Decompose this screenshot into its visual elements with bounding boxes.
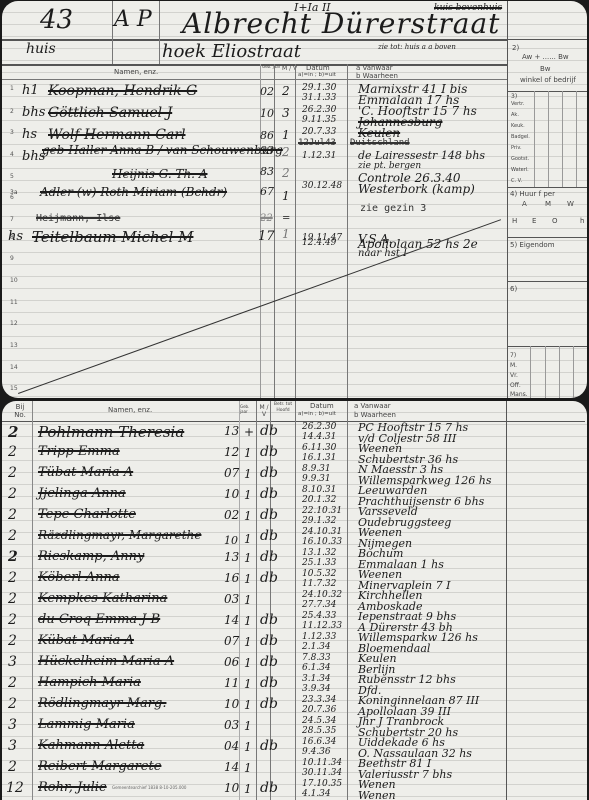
birth-year: 10 (224, 697, 239, 711)
date-out: 9.11.35 (302, 115, 336, 125)
date-in: 25.4.33 (302, 611, 336, 621)
bij-number: 3 (8, 717, 17, 733)
member-name: Hückelheim Maria A (38, 654, 174, 669)
household-row: 12Rohr, Julie101db17.10.354.1.34WenenWen… (2, 780, 512, 798)
member-name: Kübat Maria A (38, 633, 134, 648)
date-in: 10.11.34 (302, 758, 342, 768)
member-name: Jjelinga Anna (38, 486, 126, 501)
birth-year: 14 (224, 760, 239, 774)
side-section-2-text: Aw + ...... Bw (522, 53, 569, 61)
date-in: 1.12.31 (302, 151, 336, 161)
sex-code: 1 (244, 782, 252, 796)
side-divider (507, 237, 587, 238)
resident-row: bhs geb Haller Anna B / van Schouwenburg… (2, 149, 512, 167)
household-row: 2du Croq Emma J B141db25.4.3311.12.33Iep… (2, 612, 512, 630)
date-in: 12.4.49 (302, 238, 336, 248)
sex-code: 1 (244, 467, 252, 481)
birth-year: 07 (224, 466, 239, 480)
household-row: 2Tübat Maria A071db8.9.319.9.31N Maesstr… (2, 465, 512, 483)
bij-number: 2 (8, 528, 17, 544)
member-name: Rödlingmayr Marg. (38, 696, 166, 711)
member-name: Tripp Emma (38, 444, 120, 459)
sex-code: 1 (244, 593, 252, 607)
col-to-header: b Waarheen (356, 72, 398, 80)
side-divider (507, 346, 587, 347)
date-out: 4.1.34 (302, 789, 331, 799)
date-out: 29.1.32 (302, 516, 336, 526)
col-from-header: a Vanwaar (356, 64, 393, 72)
member-name: du Croq Emma J B (38, 612, 160, 627)
section-7-item: M. (510, 362, 517, 369)
birth-year: 03 (224, 718, 239, 732)
member-name: Kahmann Aletta (38, 738, 144, 753)
bij-number: 2 (8, 633, 17, 649)
birth-year: 17 (258, 229, 275, 244)
resident-row: 3a Adler (w) Roth Miriam (Bchdr) 67 1 zi… (2, 185, 512, 203)
resident-name: Heijmann, Ilse (36, 213, 120, 224)
date-in: 26.2.30 (302, 105, 336, 115)
side-section-2-num: 2) (512, 44, 519, 52)
sex-code: 1 (244, 719, 252, 733)
date-out: 11.12.33 (302, 621, 342, 631)
place-to: Duitschland (350, 138, 410, 148)
household-row: 2Räzdlingmayr, Margarethe101db24.10.3116… (2, 528, 512, 546)
bij-number: 2 (8, 675, 17, 691)
household-row: 2Rieskamp, Anny131db13.1.3225.1.33Bochum… (2, 549, 512, 567)
household-row: 2Pohlmann Theresia13+db26.2.3014.4.31PC … (2, 423, 512, 441)
side-note-1: kuis bovenhuis (434, 3, 502, 13)
sex-code: 1 (244, 761, 252, 775)
bij-number: 2 (8, 612, 17, 628)
sex-code: 1 (244, 532, 252, 546)
household-row: 2Rödlingmayr Marg.101db23.3.3420.7.36Kon… (2, 696, 512, 714)
bij-number: 3 (8, 654, 17, 670)
bij-number: 2 (8, 759, 17, 775)
sex-code: 1 (282, 189, 290, 203)
sex-code: 1 (282, 227, 290, 241)
birth-year: 13 (224, 550, 239, 564)
col-name-header: Namen, enz. (114, 68, 158, 76)
side-grid-line (559, 346, 560, 398)
resident-name: Göttlich Samuel J (48, 105, 172, 121)
side-grid-line (534, 91, 535, 187)
date-out: 16.1.31 (302, 453, 336, 463)
sex-code: + (244, 425, 254, 439)
relation-code: db (260, 633, 278, 649)
member-name: Tübat Maria A (38, 465, 133, 480)
row-prefix: h1 (22, 83, 39, 98)
resident-name: Adler (w) Roth Miriam (Bchdr) (40, 185, 227, 199)
member-name: Reibert Margarete (38, 759, 161, 774)
line-number: 10 (10, 277, 18, 284)
sex-code: 1 (244, 656, 252, 670)
birth-year: 06 (224, 655, 239, 669)
place-to: Wenen (358, 789, 396, 800)
member-name: Kempkes Katharina (38, 591, 167, 606)
date-in: 26.2.30 (302, 422, 336, 432)
birth-year: 03 (224, 592, 239, 606)
date-out: 25.1.33 (302, 558, 336, 568)
relation-code: db (260, 570, 278, 586)
line-number: 14 (10, 364, 18, 371)
side-grid-line (576, 91, 577, 187)
section-7-item: Vr. (510, 372, 518, 379)
date-out: 9.4.36 (302, 747, 331, 757)
birth-year: 10 (224, 487, 239, 501)
birth-year: 07 (224, 634, 239, 648)
row-prefix: bhs (22, 105, 45, 120)
member-name: Köberl Anna (38, 570, 120, 585)
column-header-rule (2, 79, 507, 80)
birth-year: 13 (224, 424, 239, 438)
relation-code: db (260, 528, 278, 544)
relation-code: db (260, 696, 278, 712)
sex-code: 3 (282, 106, 290, 120)
date-in: 29.1.30 (302, 83, 336, 93)
resident-row: h1 Koopman, Hendrik G 02 2 29.1.30 31.1.… (2, 83, 512, 101)
date-out: 14.4.31 (302, 432, 336, 442)
side-grid-line (548, 91, 549, 187)
date-in: 24.10.31 (302, 527, 342, 537)
date-out: 3.9.34 (302, 684, 331, 694)
household-row: 2Kempkes Katharina03124.10.3227.7.34Kirc… (2, 591, 512, 609)
bij-number: 2 (8, 507, 17, 523)
col-sex-header: M / V (258, 404, 270, 418)
relation-code: db (260, 675, 278, 691)
birth-year: 10 (224, 534, 238, 547)
date-in: 13.1.32 (302, 548, 336, 558)
birth-year: 86 (260, 129, 274, 142)
date-out: 31.1.33 (302, 93, 336, 103)
member-name: Rohr, Julie (38, 780, 107, 795)
sex-code: 1 (244, 488, 252, 502)
resident-name: Wolf Hermann Carl (48, 127, 186, 143)
rent-label: 4) Huur f per (510, 190, 555, 198)
date-out: 11.7.32 (302, 579, 336, 589)
col-date-sub: a)=in ; b)=uit (298, 411, 336, 417)
date-out: 9.9.31 (302, 474, 331, 484)
date-in: 6.11.30 (302, 443, 336, 453)
member-name: Tepe Charlotte (38, 507, 136, 522)
resident-name: Teitelbaum Michel M (32, 228, 193, 246)
household-row: 2Reibert Margarete14110.11.3430.11.34Bee… (2, 759, 512, 777)
col-to-header: b Waarheen (354, 411, 396, 419)
bij-number: 2 (8, 423, 18, 441)
side-grid-line (530, 346, 531, 398)
bij-number: 2 (8, 465, 17, 481)
side-divider (507, 187, 587, 188)
relation-code: db (260, 780, 278, 796)
date-out: 2.1.34 (302, 642, 331, 652)
date-in: 1.12.33 (302, 632, 336, 642)
date-in: 17.10.35 (302, 779, 342, 789)
household-row: 2Hampich Maria111db3.1.343.9.34Rubensstr… (2, 675, 512, 693)
birth-year: 11 (224, 676, 239, 690)
header-separator-1 (112, 1, 113, 64)
section-7-item: Off. (510, 382, 521, 389)
sex-code: 1 (244, 509, 252, 523)
date-in: 8.9.31 (302, 464, 331, 474)
rent-code: h (580, 217, 584, 225)
resident-name: Koopman, Hendrik G (48, 83, 197, 99)
side-divider (507, 39, 587, 40)
rent-code: W (567, 200, 574, 208)
amenity-label: Vertr. (511, 101, 524, 107)
col-from-header: a Vanwaar (354, 402, 391, 410)
rent-code: A (522, 200, 527, 208)
row-prefix: hs (22, 127, 37, 142)
relation-code: db (260, 612, 278, 628)
relation-code: db (260, 738, 278, 754)
side-grid-line (562, 91, 563, 187)
date-out: 16.10.33 (302, 537, 342, 547)
relation-code: db (260, 507, 278, 523)
rent-code: O (552, 217, 558, 225)
line-number: 15 (10, 385, 18, 392)
relation-code: db (260, 444, 278, 460)
date-out: 20.7.36 (302, 705, 336, 715)
side-grid-line (573, 346, 574, 398)
birth-year: 04 (224, 739, 239, 753)
member-name: Räzdlingmayr, Margarethe (38, 528, 201, 542)
sex-code: 2 (282, 84, 290, 98)
household-row: 3Kahmann Aletta041db16.6.349.4.36Uiddeka… (2, 738, 512, 756)
birth-year: 02 (260, 85, 274, 98)
amenity-label: Gootst. (511, 156, 529, 162)
birth-year: 16 (224, 571, 239, 585)
line-number: 12 (10, 320, 18, 327)
relation-code: db (260, 486, 278, 502)
birth-year: 83 (260, 165, 274, 178)
ownership-label: 5) Eigendom (510, 241, 555, 249)
col-birth-header: Geb. jaar (262, 64, 270, 69)
bij-number: 3 (8, 738, 17, 754)
date-in: 20.7.33 (302, 127, 336, 137)
sex-code: 2 (282, 166, 290, 180)
date-in: 16.6.34 (302, 737, 336, 747)
house-number: 43 (40, 5, 73, 35)
side-section-2-text: Bw (540, 65, 551, 73)
header-bottom-rule (2, 64, 507, 66)
header-separator-2 (159, 1, 160, 64)
rent-code: E (532, 217, 536, 225)
rent-code: M (545, 200, 551, 208)
household-row: 3Lammig Maria03124.5.3428.5.35Jhr J Tran… (2, 717, 512, 735)
line-number: 13 (10, 342, 18, 349)
col-date-sub: a)=in ; b)=uit (298, 72, 336, 78)
amenity-label: C. V. (511, 178, 522, 184)
sex-code: 1 (244, 698, 252, 712)
resident-row: bhs Göttlich Samuel J 10 3 26.2.30 9.11.… (2, 105, 512, 123)
sex-code: 1 (244, 572, 252, 586)
relation-code: db (260, 465, 278, 481)
sex-code: 1 (244, 551, 252, 565)
birth-year: 10 (260, 107, 274, 120)
member-name: Rieskamp, Anny (38, 549, 144, 564)
bottom-index-card: Bij No. Namen, enz. Geb. jaar M / V Betr… (2, 401, 587, 800)
date-in: 23.3.34 (302, 695, 336, 705)
sex-code: = (282, 213, 290, 224)
date-out: 28.5.35 (302, 726, 336, 736)
resident-row: hs Teitelbaum Michel M 17 1 12.4.49 Apol… (2, 229, 512, 247)
sex-code: 2 (282, 145, 290, 159)
side-note-2: zie tot: huis a a boven (378, 43, 456, 51)
date-in: 8.10.31 (302, 485, 336, 495)
bij-number: 2 (8, 696, 17, 712)
household-row: 2Tripp Emma121db6.11.3016.1.31WeenenSchu… (2, 444, 512, 462)
rent-code: H (512, 217, 517, 225)
sex-code: 1 (282, 128, 290, 142)
household-row: 2Köberl Anna161db10.5.3211.7.32WeenenMin… (2, 570, 512, 588)
sex-code: 1 (244, 740, 252, 754)
bij-number: 2 (8, 591, 17, 607)
birth-year: 22 (260, 213, 273, 224)
sex-code: 1 (244, 446, 252, 460)
household-row: 2Kübat Maria A071db1.12.332.1.34Willemsp… (2, 633, 512, 651)
side-section-3-num: 3) (511, 93, 517, 100)
section-6-label: 6) (510, 285, 517, 293)
section-7-item: Mans. (510, 391, 528, 398)
birth-year: 14 (224, 613, 239, 627)
amenity-label: Ak. (511, 112, 519, 118)
date-out: 6.1.34 (302, 663, 331, 673)
col-date-header: Datum (310, 402, 334, 410)
section-7-num: 7) (510, 352, 516, 359)
amenity-label: Badgel. (511, 134, 530, 140)
date-in: 22.10.31 (302, 506, 342, 516)
line-number: 11 (10, 299, 18, 306)
street-corner: hoek Eliostraat (162, 41, 301, 62)
col-relation-header: Betr. tot Hoofd (271, 402, 295, 413)
side-section-2-text: winkel of bedrijf (520, 76, 576, 84)
member-name: Hampich Maria (38, 675, 141, 690)
member-name: Lammig Maria (38, 717, 135, 732)
relation-code: db (260, 654, 278, 670)
member-name: Pohlmann Theresia (38, 423, 184, 441)
birth-year: 67 (260, 185, 274, 198)
top-index-card: 43 huis A P I+Ia II Albrecht Dürerstraat… (2, 1, 587, 398)
sex-code: 1 (244, 614, 252, 628)
resident-name: Heijnis G. Th. A (112, 167, 207, 181)
row-prefix: hs (8, 229, 23, 244)
household-row: 2Tepe Charlotte021db22.10.3129.1.32Varss… (2, 507, 512, 525)
row-number: 3a (10, 189, 18, 196)
sex-code: 1 (244, 677, 252, 691)
resident-row: Heijnis G. Th. A 83 2 30.12.48 Controle … (2, 167, 512, 185)
line-number: 9 (10, 255, 14, 262)
relation-code: db (260, 549, 278, 565)
side-divider (507, 281, 587, 282)
date-in: 3.1.34 (302, 674, 331, 684)
household-row: 2Jjelinga Anna101db8.10.3120.1.32Leeuwar… (2, 486, 512, 504)
date-out: 20.1.32 (302, 495, 336, 505)
amenity-label: Waterl. (511, 167, 529, 173)
amenity-label: Keuk. (511, 123, 525, 129)
side-grid-line (545, 346, 546, 398)
date-out: 12Jul43 (298, 138, 336, 148)
date-in: 7.8.33 (302, 653, 331, 663)
relation-code: db (260, 423, 278, 439)
amenity-label: Priv. (511, 145, 522, 151)
bij-number: 2 (8, 549, 18, 565)
household-row: 3Hückelheim Maria A061db7.8.336.1.34Keul… (2, 654, 512, 672)
bij-number: 2 (8, 486, 17, 502)
printer-mark: Gemeentearchief 1838 8-10-205.000 (112, 785, 186, 790)
birth-year: 10 (224, 781, 239, 795)
side-divider (507, 91, 587, 92)
date-in: 10.5.32 (302, 569, 336, 579)
col-bij-header: Bij No. (10, 403, 30, 419)
birth-year: 12 (224, 445, 239, 459)
date-in: 24.10.32 (302, 590, 342, 600)
column-header-rule (2, 421, 585, 422)
bij-number: 2 (8, 570, 17, 586)
birth-year: 02 (224, 508, 239, 522)
sex-code: 1 (244, 635, 252, 649)
district-code: A P (114, 7, 152, 32)
col-birth-header: Geb. jaar (240, 404, 254, 414)
date-out: 30.11.34 (302, 768, 342, 778)
resident-name: geb Haller Anna B / van Schouwenburg (42, 143, 283, 157)
bij-number: 2 (8, 444, 17, 460)
col-date-header: Datum (306, 64, 330, 72)
col-name-header: Namen, enz. (108, 406, 152, 414)
resident-row: Heijmann, Ilse 22 = 19.11.47 V.S.A. (2, 207, 512, 225)
date-out: 27.7.34 (302, 600, 336, 610)
place-to: naar hst I (358, 248, 407, 259)
date-in: 24.5.34 (302, 716, 336, 726)
bij-number: 12 (6, 780, 24, 796)
birth-year: 93 (260, 144, 274, 157)
house-sub: huis (26, 41, 56, 57)
